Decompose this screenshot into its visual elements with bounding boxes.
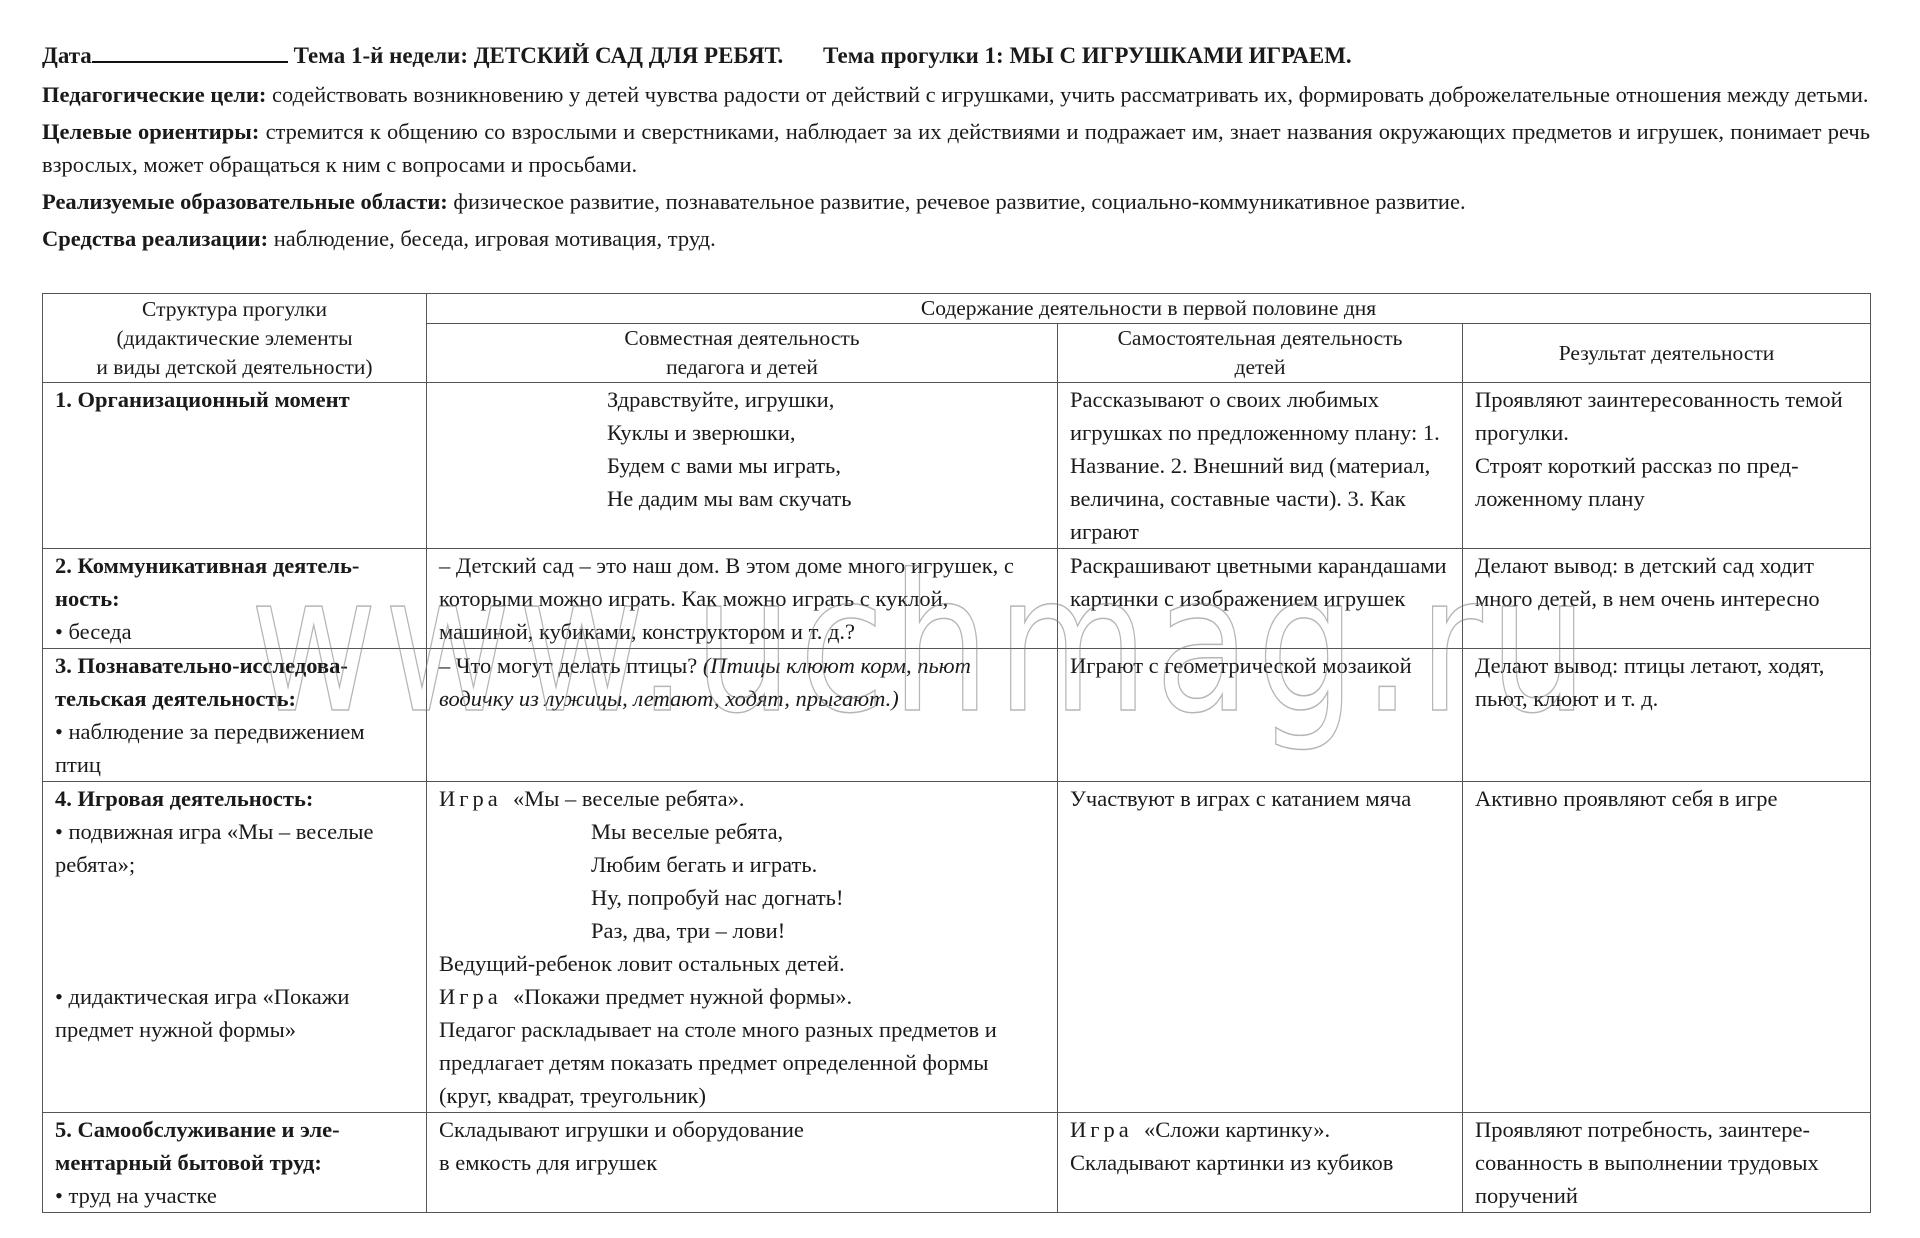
row-independent: Рассказывают о своих любимых игрушках по…: [1058, 383, 1463, 549]
row-result: Проявляют заинтересованность темой прогу…: [1463, 383, 1871, 549]
col-structure-header: Структура прогулки(дидактические элемент…: [43, 294, 427, 383]
row-structure: 2. Коммуникативная деятель­ность:• бесед…: [43, 549, 427, 649]
walk-theme: МЫ С ИГРУШКАМИ ИГРАЕМ.: [1009, 43, 1351, 68]
col-joint-header: Совместная деятельностьпедагога и детей: [427, 324, 1058, 383]
row-independent: Играют с геометрической мозаи­кой: [1058, 649, 1463, 782]
row-structure: 1. Организационный момент: [43, 383, 427, 549]
row-joint: Игра «Мы – веселые ребята». Мы веселые р…: [427, 782, 1058, 1113]
walk-theme-label: Тема прогулки 1:: [823, 43, 1004, 68]
table-row: 5. Самообслуживание и эле­ментарный быто…: [43, 1113, 1871, 1213]
row-joint: – Детский сад – это наш дом. В этом доме…: [427, 549, 1058, 649]
implementation-means: Средства реализации: наблюдение, беседа,…: [42, 222, 1870, 255]
row-joint: Складывают игрушки и оборудованиев емкос…: [427, 1113, 1058, 1213]
col-result-header: Результат деятельности: [1463, 324, 1871, 383]
educational-areas: Реализуемые образовательные области: физ…: [42, 185, 1870, 218]
walk-plan-table: Структура прогулки(дидактические элемент…: [42, 293, 1871, 1213]
table-row: 4. Игровая деятельность: • подвижная игр…: [43, 782, 1871, 1113]
table-row: 1. Организационный момент Здравствуйте, …: [43, 383, 1871, 549]
row-structure: 5. Самообслуживание и эле­ментарный быто…: [43, 1113, 427, 1213]
row-result: Делают вывод: птицы летают, хо­дят, пьют…: [1463, 649, 1871, 782]
group-header-content: Содержание деятельности в первой половин…: [427, 294, 1871, 324]
col-independent-header: Самостоятельная деятельностьдетей: [1058, 324, 1463, 383]
target-guidelines: Целевые ориентиры: стремится к общению с…: [42, 115, 1870, 181]
table-row: 3. Познавательно-исследова­тельская деят…: [43, 649, 1871, 782]
date-label: Дата: [42, 43, 92, 68]
row-result: Проявляют потребность, заинтере­сованнос…: [1463, 1113, 1871, 1213]
row-joint: Здравствуйте, игрушки,Куклы и зверюшки, …: [427, 383, 1058, 549]
week-theme-label: Тема 1-й недели:: [294, 43, 468, 68]
row-independent: Раскрашивают цветными каран­дашами карти…: [1058, 549, 1463, 649]
row-structure: 3. Познавательно-исследова­тельская деят…: [43, 649, 427, 782]
date-blank-field: [92, 39, 288, 63]
row-joint: – Что могут делать птицы? (Птицы клюют к…: [427, 649, 1058, 782]
document-header: Дата Тема 1-й недели: ДЕТСКИЙ САД ДЛЯ РЕ…: [42, 30, 1870, 259]
row-independent: Игра «Сложи картинку». Складывают картин…: [1058, 1113, 1463, 1213]
row-independent: Участвуют в играх с катанием мяча: [1058, 782, 1463, 1113]
row-result: Делают вывод: в детский сад хо­дит много…: [1463, 549, 1871, 649]
week-theme: ДЕТСКИЙ САД ДЛЯ РЕБЯТ.: [474, 43, 784, 68]
row-result: Активно проявляют себя в игре: [1463, 782, 1871, 1113]
row-structure: 4. Игровая деятельность: • подвижная игр…: [43, 782, 427, 1113]
table-row: 2. Коммуникативная деятель­ность:• бесед…: [43, 549, 1871, 649]
pedagogical-goals: Педагогические цели: содействовать возни…: [42, 78, 1870, 111]
title-line: Дата Тема 1-й недели: ДЕТСКИЙ САД ДЛЯ РЕ…: [42, 34, 1870, 78]
